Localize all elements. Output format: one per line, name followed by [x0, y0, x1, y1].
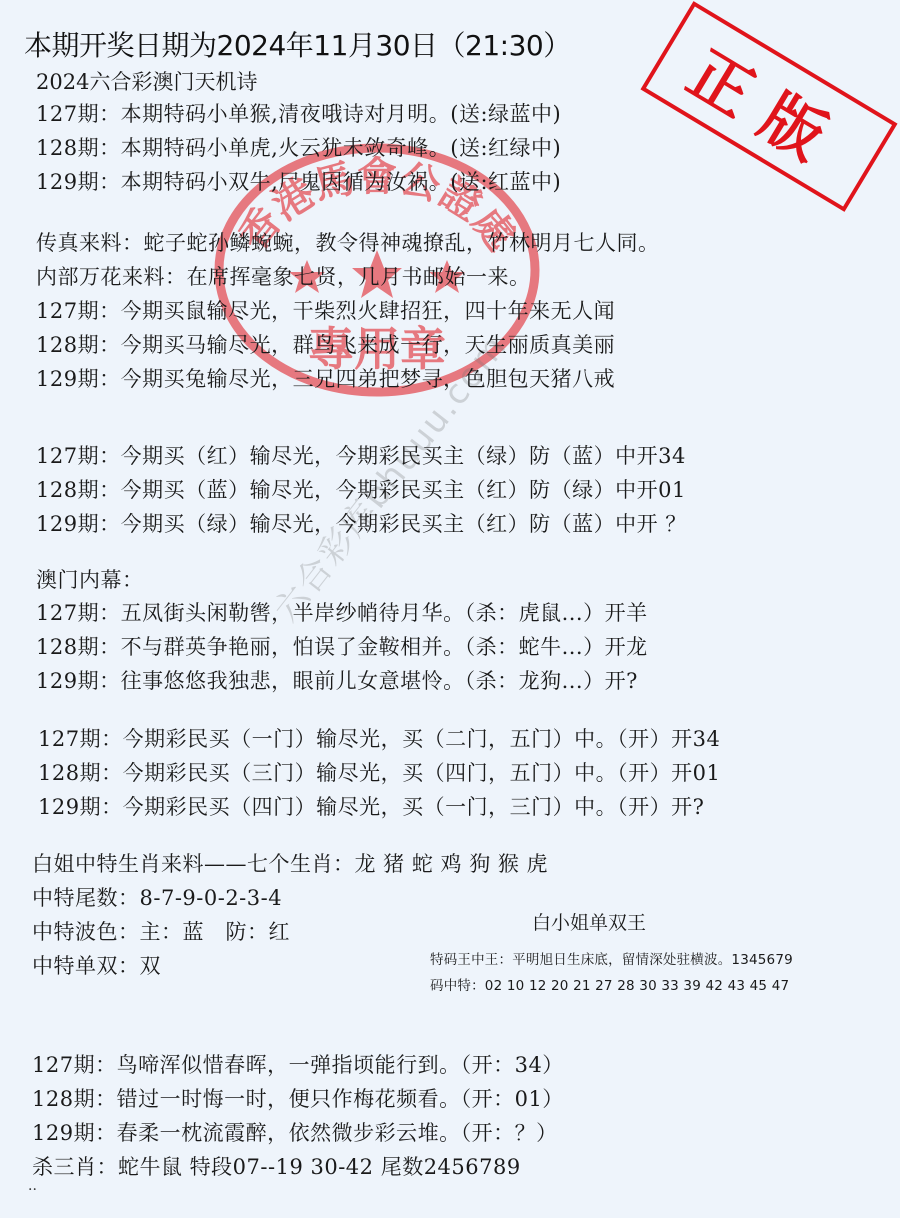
genuine-stamp-label: 正版	[674, 25, 864, 188]
footer-line: 128期：错过一时悔一时，便只作梅花频看。（开：01）	[32, 1085, 564, 1113]
inside-heading: 澳门内幕：	[36, 566, 144, 594]
fax-line: 129期：今期买兔输尽光，三兄四弟把梦寻，色胆包天猪八戒	[36, 365, 615, 393]
color-line: 127期：今期买（红）输尽光，今期彩民买主（绿）防（蓝）中开34	[36, 442, 686, 470]
fax-line: 内部万花来料：在席挥毫象七贤，几月书邮始一来。	[36, 263, 531, 291]
fax-line: 128期：今期买马输尽光，群鸟飞来成一行，天生丽质真美丽	[36, 331, 615, 359]
door-line: 128期：今期彩民买（三门）输尽光，买（四门，五门）中。（开）开01	[38, 759, 720, 787]
trailing-dots: ··	[28, 1182, 37, 1198]
special-line: 中特尾数：8-7-9-0-2-3-4	[32, 884, 282, 912]
side-box-line: 码中特：02 10 12 20 21 27 28 30 33 39 42 43 …	[430, 974, 789, 994]
inside-line: 128期：不与群英争艳丽，怕误了金鞍相并。（杀：蛇牛...）开龙	[36, 633, 648, 661]
fax-line: 传真来料：蛇子蛇孙鳞蜿蜿，教令得神魂撩乱，竹林明月七人同。	[36, 229, 660, 257]
page-subtitle: 2024六合彩澳门天机诗	[36, 66, 257, 96]
color-line: 128期：今期买（蓝）输尽光，今期彩民买主（红）防（绿）中开01	[36, 476, 686, 504]
poem-line: 128期：本期特码小单虎,火云犹未敛奇峰。(送:红绿中)	[36, 134, 561, 162]
special-line: 白姐中特生肖来料——七个生肖：龙 猪 蛇 鸡 狗 猴 虎	[32, 850, 548, 878]
fax-line: 127期：今期买鼠输尽光，干柴烈火肆招狂，四十年来无人闻	[36, 297, 615, 325]
footer-line: 127期：鸟啼浑似惜春晖，一弹指顷能行到。（开：34）	[32, 1051, 564, 1079]
footer-line: 杀三肖：蛇牛鼠 特段07--19 30-42 尾数2456789	[32, 1153, 521, 1181]
special-line: 中特单双：双	[32, 952, 161, 980]
door-line: 129期：今期彩民买（四门）输尽光，买（一门，三门）中。（开）开?	[38, 793, 704, 821]
footer-line: 129期：春柔一枕流霞醉，依然微步彩云堆。（开：？）	[32, 1119, 558, 1147]
page-title: 本期开奖日期为2024年11月30日（21:30）	[24, 24, 571, 64]
inside-line: 127期：五凤街头闲勒辔，半岸纱帩待月华。（杀：虎鼠...）开羊	[36, 599, 648, 627]
poem-line: 127期：本期特码小单猴,清夜哦诗对月明。(送:绿蓝中)	[36, 100, 561, 128]
inside-line: 129期：往事悠悠我独悲，眼前儿女意堪怜。（杀：龙狗...）开?	[36, 667, 638, 695]
genuine-stamp: 正版	[640, 1, 897, 212]
side-box-title: 白小姐单双王	[532, 908, 646, 935]
special-line: 中特波色：主：蓝 防：红	[32, 918, 290, 946]
side-box-line: 特码王中王：平明旭日生床底，留情深处驻横波。1345679	[430, 948, 793, 968]
color-line: 129期：今期买（绿）输尽光，今期彩民买主（红）防（蓝）中开 ？	[36, 510, 687, 538]
door-line: 127期：今期彩民买（一门）输尽光，买（二门，五门）中。（开）开34	[38, 725, 720, 753]
poem-line: 129期：本期特码小双牛,尸鬼因循为汝祸。(送:红蓝中)	[36, 168, 561, 196]
